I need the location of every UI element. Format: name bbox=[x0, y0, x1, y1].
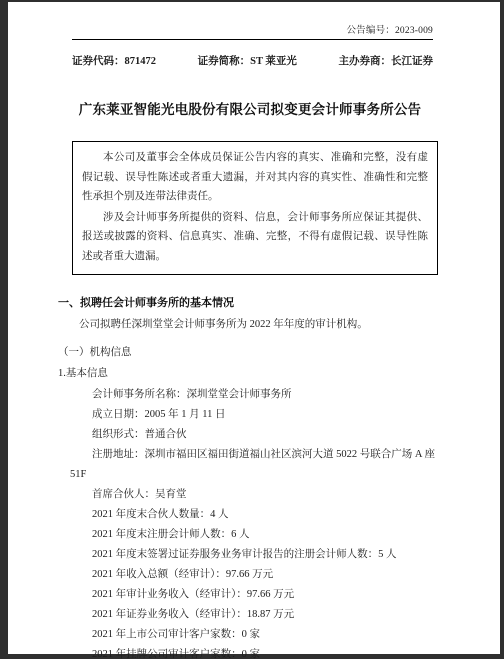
info-item-signing-cpa-count: 2021 年度末签署过证券服务业务审计报告的注册会计师人数：5 人 bbox=[58, 545, 442, 565]
info-item-audit-revenue: 2021 年审计业务收入（经审计）：97.66 万元 bbox=[58, 585, 442, 605]
securities-header-row: 证券代码：871472 证券简称：ST 莱亚光 主办券商：长江证券 bbox=[72, 53, 433, 68]
page-title: 广东莱亚智能光电股份有限公司拟变更会计师事务所公告 bbox=[58, 98, 442, 118]
info-item-founding-date: 成立日期：2005 年 1 月 11 日 bbox=[58, 405, 442, 425]
stock-code: 证券代码：871472 bbox=[72, 53, 156, 68]
info-item-listed-clients: 2021 年上市公司审计客户家数：0 家 bbox=[58, 625, 442, 645]
announcement-number: 公告编号：2023-009 bbox=[346, 26, 433, 36]
sponsor-broker: 主办券商：长江证券 bbox=[339, 53, 434, 68]
info-item-securities-revenue: 2021 年证券业务收入（经审计）：18.87 万元 bbox=[58, 605, 442, 625]
document-content: 公告编号：2023-009 证券代码：871472 证券简称：ST 莱亚光 主办… bbox=[8, 22, 500, 659]
declaration-paragraph-1: 本公司及董事会全体成员保证公告内容的真实、准确和完整，没有虚假记载、误导性陈述或… bbox=[82, 148, 428, 207]
announcement-number-row: 公告编号：2023-009 bbox=[72, 22, 433, 40]
info-item-chief-partner: 首席合伙人：吴育堂 bbox=[58, 485, 442, 505]
info-item-firm-name: 会计师事务所名称：深圳堂堂会计师事务所 bbox=[58, 385, 442, 405]
sub-section-heading: （一）机构信息 bbox=[58, 344, 442, 359]
section-heading: 一、拟聘任会计师事务所的基本情况 bbox=[58, 294, 442, 310]
declaration-paragraph-2: 涉及会计师事务所提供的资料、信息，会计师事务所应保证其提供、报送或披露的资料、信… bbox=[82, 208, 428, 267]
basic-info-heading: 1.基本信息 bbox=[58, 365, 442, 380]
info-item-org-form: 组织形式：普通合伙 bbox=[58, 425, 442, 445]
stock-abbr: 证券简称：ST 莱亚光 bbox=[198, 53, 297, 68]
info-item-neeq-clients: 2021 年挂牌公司审计客户家数：0 家 bbox=[58, 645, 442, 659]
info-item-total-revenue: 2021 年收入总额（经审计）：97.66 万元 bbox=[58, 565, 442, 585]
document-page: 公告编号：2023-009 证券代码：871472 证券简称：ST 莱亚光 主办… bbox=[8, 2, 500, 654]
info-item-partner-count: 2021 年度末合伙人数量：4 人 bbox=[58, 505, 442, 525]
info-item-cpa-count: 2021 年度末注册会计师人数：6 人 bbox=[58, 525, 442, 545]
basic-info-list: 会计师事务所名称：深圳堂堂会计师事务所 成立日期：2005 年 1 月 11 日… bbox=[58, 385, 442, 659]
section-intro: 公司拟聘任深圳堂堂会计师事务所为 2022 年年度的审计机构。 bbox=[58, 317, 442, 332]
declaration-box: 本公司及董事会全体成员保证公告内容的真实、准确和完整，没有虚假记载、误导性陈述或… bbox=[72, 141, 438, 275]
info-item-registered-address: 注册地址：深圳市福田区福田街道福山社区滨河大道 5022 号联合广场 A 座 5… bbox=[58, 445, 442, 485]
